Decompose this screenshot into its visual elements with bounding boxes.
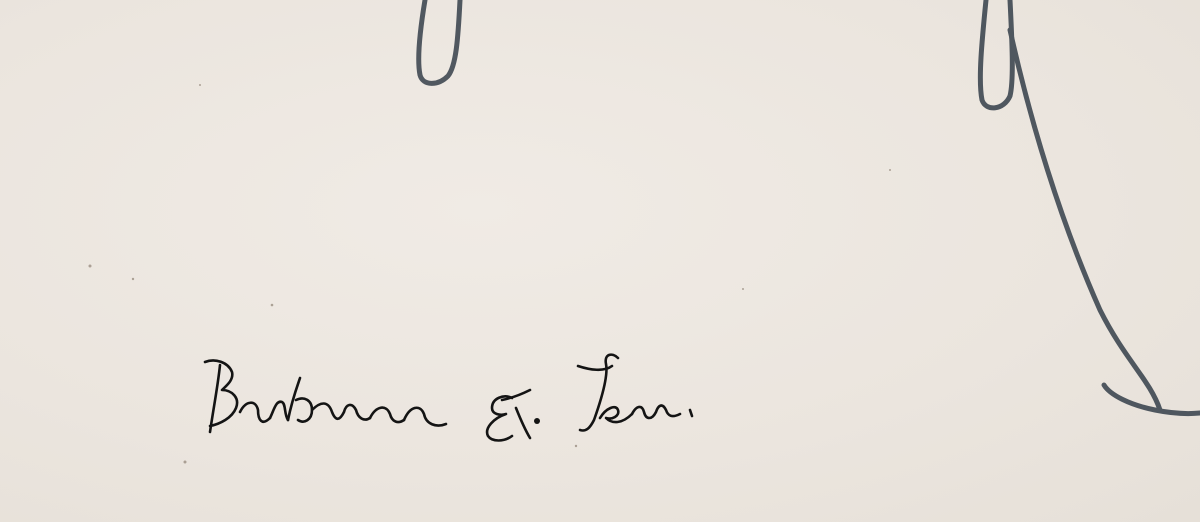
diagonal-stroke [1010, 30, 1160, 410]
right-loop-stroke [980, 0, 1012, 108]
left-loop-stroke [419, 0, 460, 83]
paper-specks [89, 84, 892, 464]
drawing-lines [419, 0, 1200, 414]
ink-drawing [0, 0, 1200, 522]
signature-strokes [205, 355, 692, 441]
paper-background: Barbara E. Levi [0, 0, 1200, 522]
